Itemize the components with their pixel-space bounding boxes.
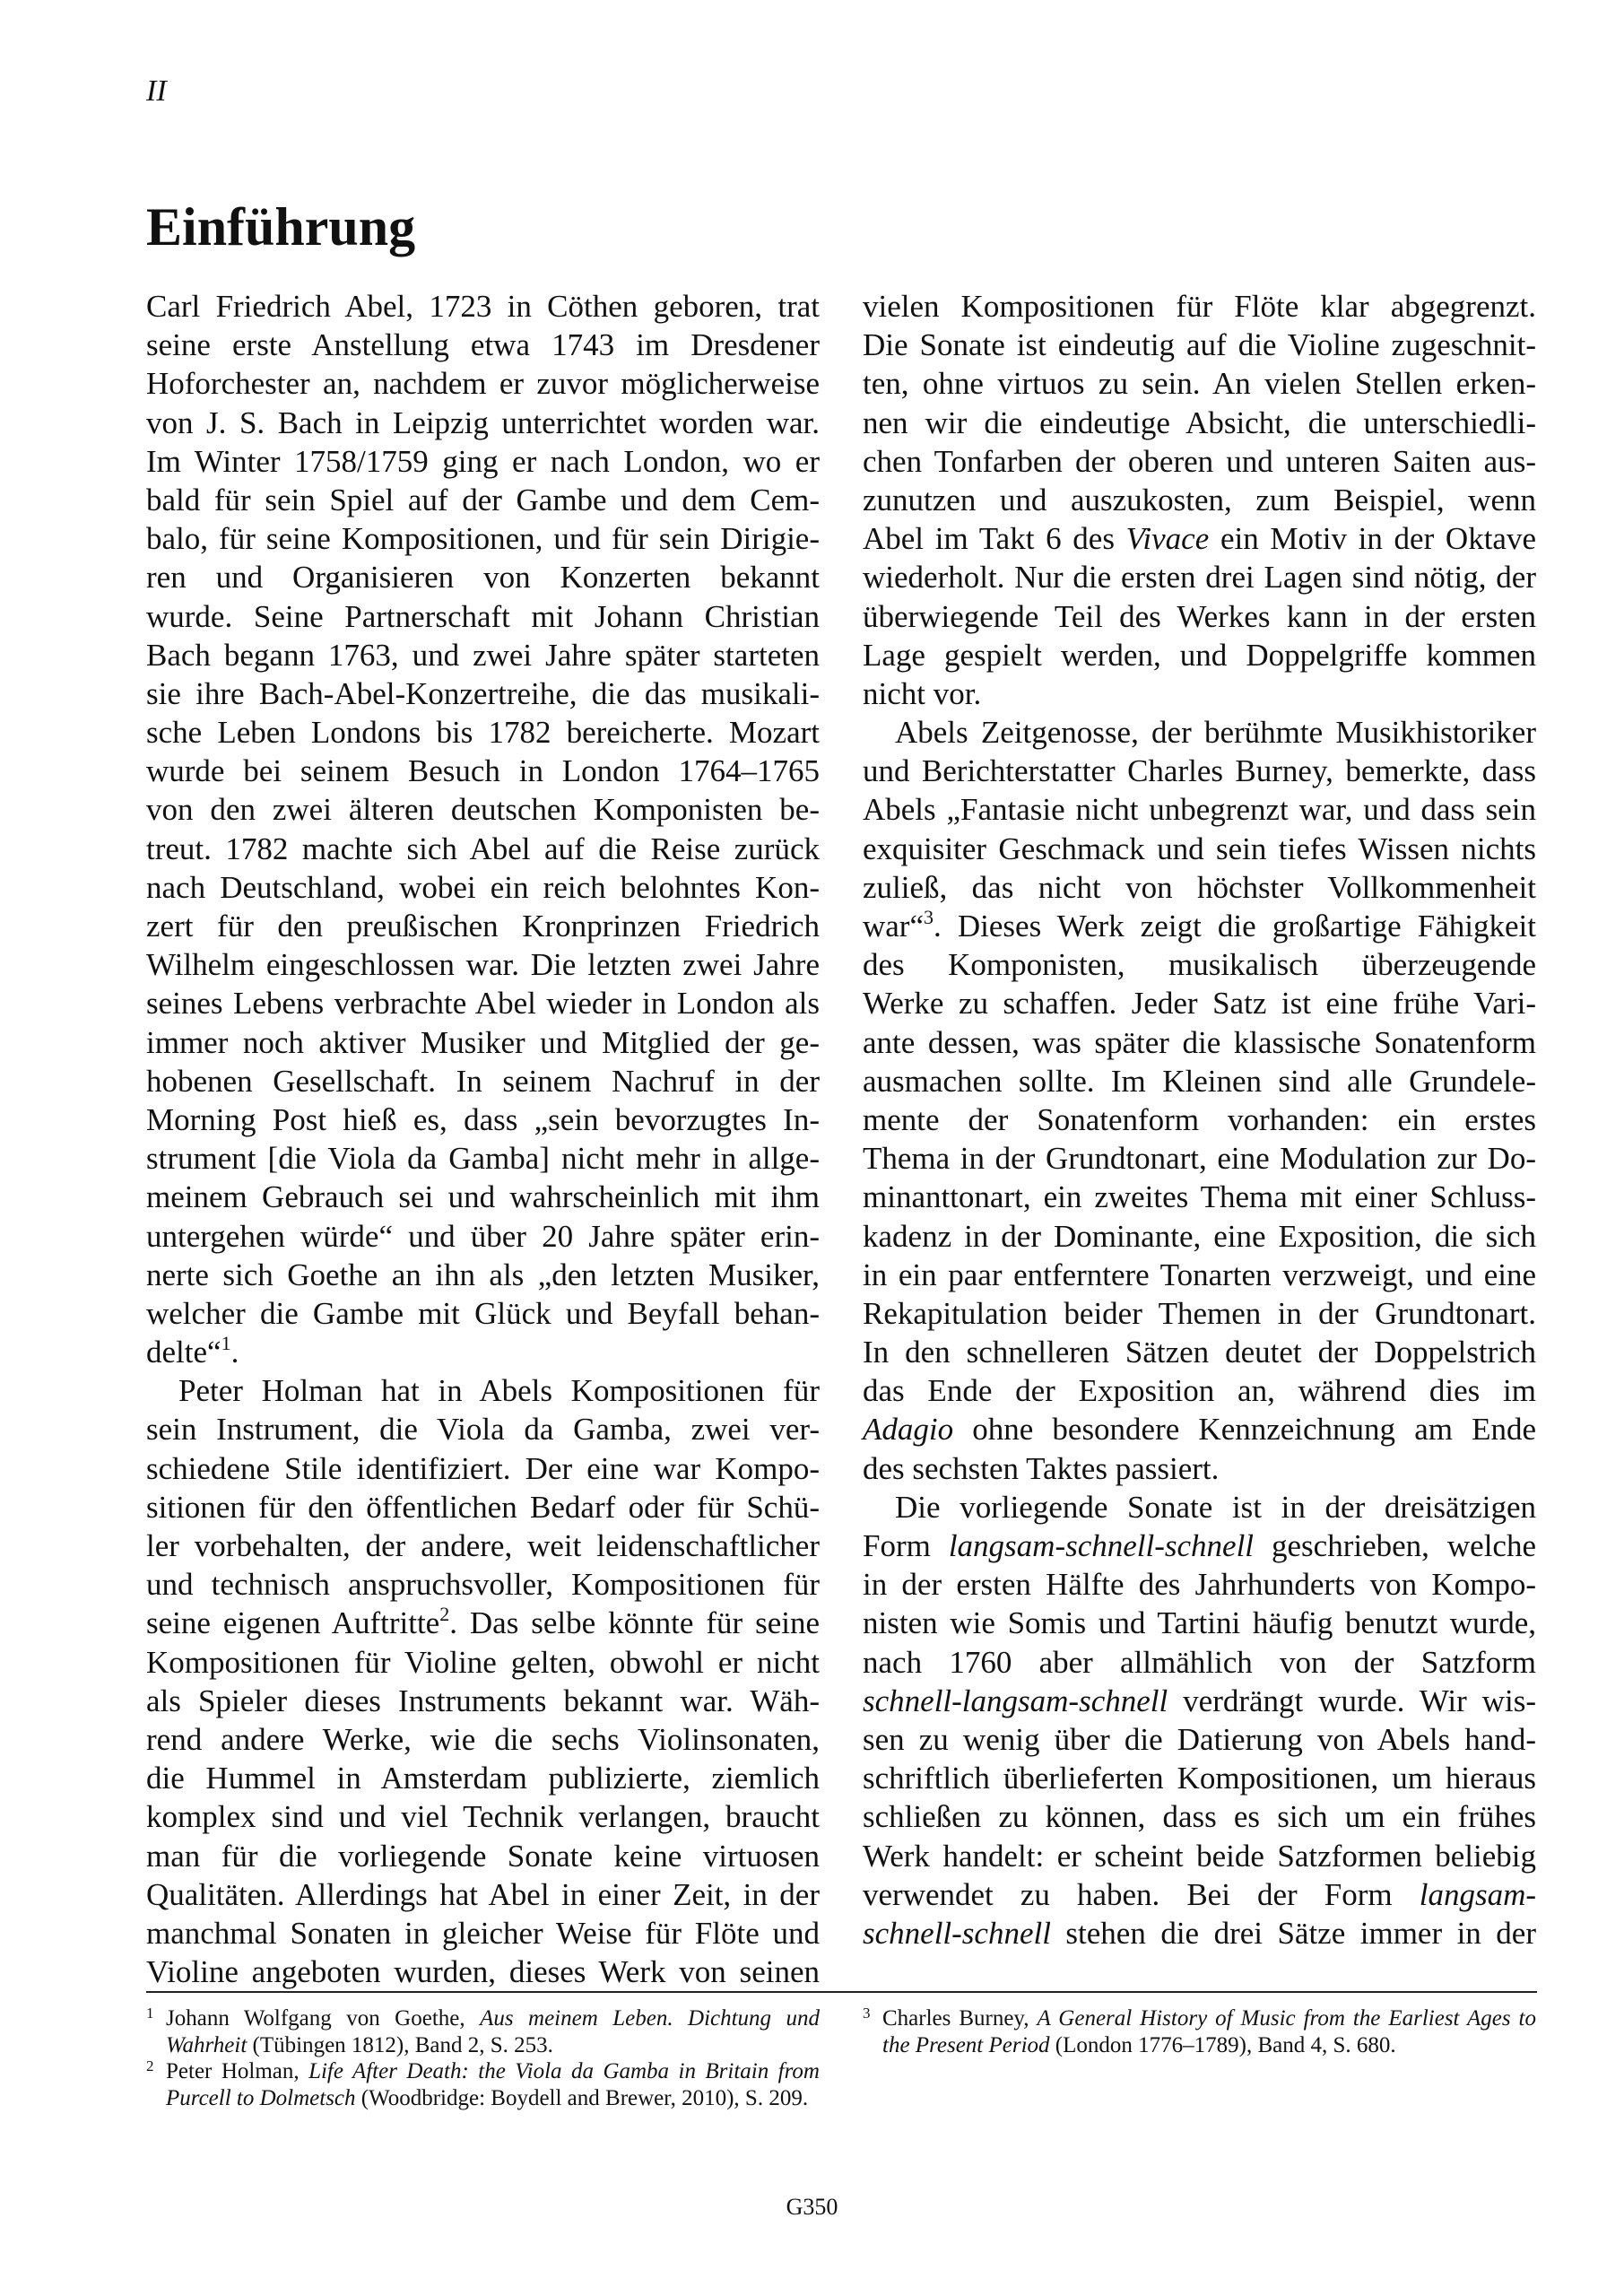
paragraph-start-line: Abels Zeitgenosse, der berühmte Musikhis… [863, 713, 1536, 752]
text-line: in ein paar entferntere Tonarten verzwei… [863, 1256, 1536, 1294]
text-line: Die Sonate ist eindeutig auf die Violine… [863, 326, 1536, 364]
text-line: nach Deutschland, wobei ein reich belohn… [146, 868, 820, 907]
text-line: ante dessen, was später die klassische S… [863, 1023, 1536, 1062]
text-line: wurde bei seinem Besuch in London 1764–1… [146, 752, 820, 790]
text-line: Thema in der Grundtonart, eine Modulatio… [863, 1139, 1536, 1178]
text-line: welcher die Gambe mit Glück und Beyfall … [146, 1294, 820, 1333]
text-fragment: war“ [863, 909, 924, 944]
text-line: sie ihre Bach-Abel-Konzertreihe, die das… [146, 674, 820, 713]
footnote-mark: 3 [863, 2000, 871, 2027]
footnote-author: Johann Wolfgang von Goethe, [166, 2006, 480, 2031]
text-line: ren und Organisieren von Konzerten bekan… [146, 558, 820, 596]
footnotes-right: 3 Charles Burney, A General History of M… [863, 2005, 1536, 2058]
text-line: Abels „Fantasie nicht unbegrenzt war, un… [863, 790, 1536, 829]
text-line: chen Tonfarben der oberen und unteren Sa… [863, 442, 1536, 481]
text-line: Werk handelt: er scheint beide Satzforme… [863, 1837, 1536, 1875]
text-line: das Ende der Exposition an, während dies… [863, 1371, 1536, 1410]
text-line: schriftlich überlieferten Kompositionen,… [863, 1759, 1536, 1797]
text-line: als Spieler dieses Instruments bekannt w… [146, 1682, 820, 1720]
page-number-footer: G350 [0, 2194, 1624, 2221]
text-line: zuließ, das nicht von höchster Vollkomme… [863, 868, 1536, 907]
paragraph-start-line: Peter Holman hat in Abels Kompositionen … [146, 1371, 820, 1410]
footnote-ref-3[interactable]: 3 [924, 906, 934, 928]
text-fragment: verdrängt wurde. Wir wis- [1168, 1683, 1536, 1718]
text-line: mente der Sonatenform vorhanden: ein ers… [863, 1100, 1536, 1139]
footnote-details: (Woodbridge: Boydell and Brewer, 2010), … [356, 2086, 809, 2110]
text-line: komplex sind und viel Technik verlangen,… [146, 1797, 820, 1836]
text-line: von J. S. Bach in Leipzig unterrichtet w… [146, 404, 820, 442]
text-line: Im Winter 1758/1759 ging er nach London,… [146, 442, 820, 481]
text-fragment: geschrieben, welche [1254, 1528, 1536, 1563]
text-line: immer noch aktiver Musiker und Mitglied … [146, 1023, 820, 1062]
text-line: des sechsten Taktes passiert. [863, 1449, 1536, 1488]
body-column-right: vielen Kompositionen für Flöte klar abge… [863, 287, 1536, 1952]
text-line-bei: verwendet zu haben. Bei der Form langsam… [863, 1875, 1536, 1914]
text-line: kadenz in der Dominante, eine Exposition… [863, 1217, 1536, 1256]
text-line: untergehen würde“ und über 20 Jahre spät… [146, 1217, 820, 1256]
body-column-left: Carl Friedrich Abel, 1723 in Cöthen gebo… [146, 287, 820, 1991]
text-fragment: . Das selbe könnte für seine [449, 1605, 820, 1640]
footnote-3: 3 Charles Burney, A General History of M… [863, 2005, 1536, 2058]
footnote-author: Peter Holman, [166, 2059, 308, 2083]
footnote-ref-1[interactable]: 1 [221, 1332, 231, 1354]
text-line: bald für sein Spiel auf der Gambe und de… [146, 481, 820, 519]
text-line: Qualitäten. Allerdings hat Abel in einer… [146, 1875, 820, 1914]
text-line: ausmachen sollte. Im Kleinen sind alle G… [863, 1062, 1536, 1100]
text-line: schließen zu können, dass es sich um ein… [863, 1797, 1536, 1836]
footnote-mark: 2 [146, 2053, 154, 2080]
text-line: die Hummel in Amsterdam publizierte, zie… [146, 1759, 820, 1797]
footnote-author: Charles Burney, [882, 2006, 1038, 2031]
text-line: ten, ohne virtuos zu sein. An vielen Ste… [863, 364, 1536, 403]
text-line: exquisiter Geschmack und sein tiefes Wis… [863, 830, 1536, 868]
text-line: nach 1760 aber allmählich von der Satzfo… [863, 1643, 1536, 1682]
text-line: nisten wie Somis und Tartini häufig benu… [863, 1604, 1536, 1642]
text-fragment: . Dieses Werk zeigt die großartige Fähig… [934, 909, 1536, 944]
text-line-adagio: Adagio ohne besondere Kennzeichnung am E… [863, 1410, 1536, 1448]
text-line: Carl Friedrich Abel, 1723 in Cöthen gebo… [146, 287, 820, 326]
text-line: rend andere Werke, wie die sechs Violins… [146, 1720, 820, 1759]
text-line: treut. 1782 machte sich Abel auf die Rei… [146, 830, 820, 868]
text-line: sche Leben Londons bis 1782 bereicherte.… [146, 713, 820, 752]
text-line: zunutzen und auszukosten, zum Beispiel, … [863, 481, 1536, 519]
text-fragment: delte“ [146, 1335, 221, 1370]
text-fragment: seine eigenen Auftritte [146, 1605, 439, 1640]
text-line-vivace: Abel im Takt 6 des Vivace ein Motiv in d… [863, 519, 1536, 558]
text-line: nerte sich Goethe an ihn als „den letzte… [146, 1256, 820, 1294]
text-line: von den zwei älteren deutschen Komponist… [146, 790, 820, 829]
text-line: Lage gespielt werden, und Doppelgriffe k… [863, 636, 1536, 674]
text-line: Hoforchester an, nachdem er zuvor möglic… [146, 364, 820, 403]
italic-term: langsam-schnell-schnell [949, 1528, 1254, 1563]
text-line: nen wir die eindeutige Absicht, die unte… [863, 404, 1536, 442]
text-fragment: stehen die drei Sätze immer in der [1051, 1916, 1536, 1951]
footnotes-left: 1 Johann Wolfgang von Goethe, Aus meinem… [146, 2005, 820, 2111]
footnote-1: 1 Johann Wolfgang von Goethe, Aus meinem… [146, 2005, 820, 2058]
text-line: sen zu wenig über die Datierung von Abel… [863, 1720, 1536, 1759]
italic-term: schnell-langsam-schnell [863, 1683, 1168, 1718]
italic-term: langsam- [1420, 1877, 1536, 1912]
text-line: in der ersten Hälfte des Jahrhunderts vo… [863, 1565, 1536, 1604]
page-number-roman: II [146, 74, 167, 109]
paragraph-start-line: Die vorliegende Sonate ist in der dreisä… [863, 1488, 1536, 1526]
text-line: In den schnelleren Sätzen deutet der Dop… [863, 1333, 1536, 1371]
text-line: meinem Gebrauch sei und wahrscheinlich m… [146, 1178, 820, 1216]
text-fragment: Form [863, 1528, 949, 1563]
text-line: nicht vor. [863, 674, 1536, 713]
text-line: überwiegende Teil des Werkes kann in der… [863, 597, 1536, 636]
text-line: zert für den preußischen Kronprinzen Fri… [146, 907, 820, 945]
text-line: schiedene Stile identifiziert. Der eine … [146, 1449, 820, 1488]
footnote-2: 2 Peter Holman, Life After Death: the Vi… [146, 2058, 820, 2111]
text-line-footnote-ref-3: war“3. Dieses Werk zeigt die großartige … [863, 907, 1536, 945]
text-line: Kompositionen für Violine gelten, obwohl… [146, 1643, 820, 1682]
text-line: minanttonart, ein zweites Thema mit eine… [863, 1178, 1536, 1216]
text-line-footnote-ref-1: delte“1. [146, 1333, 820, 1371]
text-fragment: ein Motiv in der Oktave [1209, 521, 1536, 556]
footnote-details: (Tübingen 1812), Band 2, S. 253. [247, 2033, 553, 2057]
text-line: Violine angeboten wurden, dieses Werk vo… [146, 1952, 820, 1991]
text-fragment: Abel im Takt 6 des [863, 521, 1126, 556]
text-line-last: schnell-schnell stehen die drei Sätze im… [863, 1914, 1536, 1952]
footnote-details: (London 1776–1789), Band 4, S. 680. [1050, 2033, 1396, 2057]
text-line: sitionen für den öffentlichen Bedarf ode… [146, 1488, 820, 1526]
text-line: Bach begann 1763, und zwei Jahre später … [146, 636, 820, 674]
text-line-form: Form langsam-schnell-schnell geschrieben… [863, 1526, 1536, 1565]
text-line: Wilhelm eingeschlossen war. Die letzten … [146, 945, 820, 984]
page-title: Einführung [146, 196, 415, 258]
text-line: Werke zu schaffen. Jeder Satz ist eine f… [863, 984, 1536, 1022]
text-line: balo, für seine Kompositionen, und für s… [146, 519, 820, 558]
text-line: sein Instrument, die Viola da Gamba, zwe… [146, 1410, 820, 1448]
text-line: man für die vorliegende Sonate keine vir… [146, 1837, 820, 1875]
text-line: wurde. Seine Partnerschaft mit Johann Ch… [146, 597, 820, 636]
italic-term: Vivace [1126, 521, 1210, 556]
text-line: vielen Kompositionen für Flöte klar abge… [863, 287, 1536, 326]
text-line-footnote-ref-2: seine eigenen Auftritte2. Das selbe könn… [146, 1604, 820, 1642]
italic-term: Adagio [863, 1412, 953, 1447]
text-line: manchmal Sonaten in gleicher Weise für F… [146, 1914, 820, 1952]
text-line: seines Lebens verbrachte Abel wieder in … [146, 984, 820, 1022]
text-line: wiederholt. Nur die ersten drei Lagen si… [863, 558, 1536, 596]
text-line: strument [die Viola da Gamba] nicht mehr… [146, 1139, 820, 1178]
footnote-ref-2[interactable]: 2 [439, 1603, 449, 1625]
italic-term: schnell-schnell [863, 1916, 1051, 1951]
text-line: und Berichterstatter Charles Burney, bem… [863, 752, 1536, 790]
text-line: Morning Post hieß es, dass „sein bevorzu… [146, 1100, 820, 1139]
text-line: hobenen Gesellschaft. In seinem Nachruf … [146, 1062, 820, 1100]
text-line: und technisch anspruchsvoller, Kompositi… [146, 1565, 820, 1604]
footnote-mark: 1 [146, 2000, 154, 2027]
text-line-sls: schnell-langsam-schnell verdrängt wurde.… [863, 1682, 1536, 1720]
text-line: des Komponisten, musikalisch überzeugend… [863, 945, 1536, 984]
text-fragment: ohne besondere Kennzeichnung am Ende [953, 1412, 1536, 1447]
text-fragment: verwendet zu haben. Bei der Form [863, 1877, 1420, 1912]
text-fragment: . [231, 1335, 239, 1370]
text-line: seine erste Anstellung etwa 1743 im Dres… [146, 326, 820, 364]
text-line: ler vorbehalten, der andere, weit leiden… [146, 1526, 820, 1565]
footnote-divider [146, 1991, 1537, 1993]
text-line: Rekapitulation beider Themen in der Grun… [863, 1294, 1536, 1333]
